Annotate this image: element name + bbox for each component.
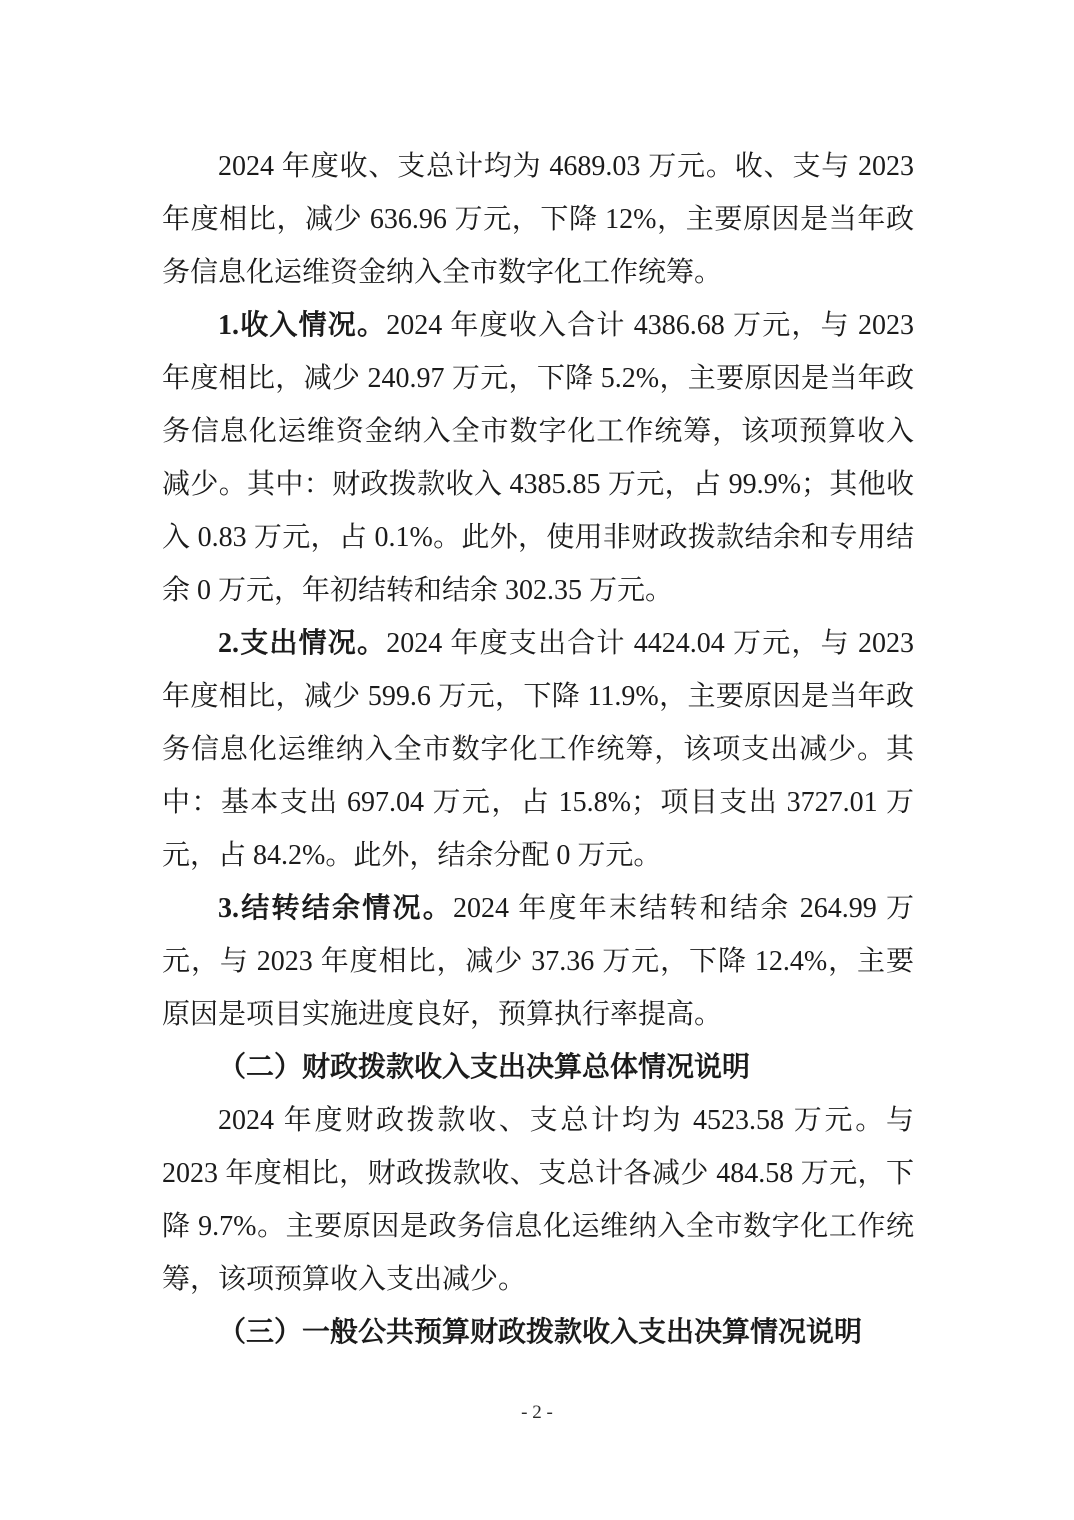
page-number: - 2 - (0, 1398, 1074, 1428)
paragraph-text: 2024 年度收入合计 4386.68 万元，与 2023 年度相比，减少 24… (162, 310, 914, 606)
paragraph-income: 1.收入情况。2024 年度收入合计 4386.68 万元，与 2023 年度相… (162, 299, 914, 617)
paragraph-text: 2024 年度收、支总计均为 4689.03 万元。收、支与 2023 年度相比… (162, 151, 914, 288)
paragraph-expenditure: 2.支出情况。2024 年度支出合计 4424.04 万元，与 2023 年度相… (162, 617, 914, 882)
paragraph-overview: 2024 年度收、支总计均为 4689.03 万元。收、支与 2023 年度相比… (162, 140, 914, 299)
paragraph-lead-label: 2.支出情况。 (218, 628, 386, 659)
paragraph-lead-label: 1.收入情况。 (218, 310, 386, 341)
document-body: 2024 年度收、支总计均为 4689.03 万元。收、支与 2023 年度相比… (162, 140, 914, 1359)
section-heading-fiscal-appropriation: （二）财政拨款收入支出决算总体情况说明 (162, 1041, 914, 1094)
paragraph-carryover: 3.结转结余情况。2024 年度年末结转和结余 264.99 万元，与 2023… (162, 882, 914, 1041)
paragraph-text: 2024 年度支出合计 4424.04 万元，与 2023 年度相比，减少 59… (162, 628, 914, 871)
section-heading-general-public-budget: （三）一般公共预算财政拨款收入支出决算情况说明 (162, 1306, 914, 1359)
paragraph-fiscal-appropriation: 2024 年度财政拨款收、支总计均为 4523.58 万元。与 2023 年度相… (162, 1094, 914, 1306)
paragraph-lead-label: 3.结转结余情况。 (218, 893, 453, 924)
paragraph-text: 2024 年度财政拨款收、支总计均为 4523.58 万元。与 2023 年度相… (162, 1105, 914, 1295)
document-page: 2024 年度收、支总计均为 4689.03 万元。收、支与 2023 年度相比… (0, 0, 1074, 1520)
